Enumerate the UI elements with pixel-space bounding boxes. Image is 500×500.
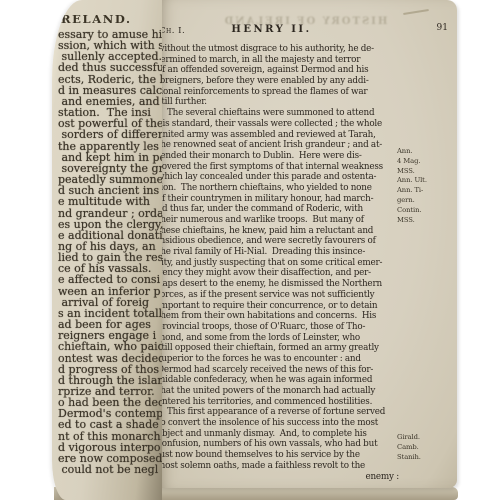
paragraph: This first appearance of a reverse of fo…: [157, 407, 399, 471]
page-body: without the utmost disgrace to his autho…: [157, 44, 399, 484]
margin-note-upper: Ann. 4 Mag. MSS. Ann. Ult. Ann. Ti- gern…: [397, 147, 455, 225]
left-page-text: essary to amuse his ssion, which with s …: [58, 29, 162, 487]
right-page: HISTORY OF IRELAND Ch. I. HENRY II. 91 w…: [150, 0, 457, 488]
page-number: 91: [437, 23, 448, 33]
page-crease: [403, 9, 429, 15]
running-title: HENRY II.: [150, 24, 393, 35]
paragraph: The several chieftains were summoned to …: [157, 108, 399, 407]
book-photo: RELAND. essary to amuse his ssion, which…: [0, 0, 500, 500]
paragraph: without the utmost disgrace to his autho…: [157, 44, 399, 108]
margin-note-lower: Girald. Camb. Stanih.: [397, 433, 455, 462]
left-page: RELAND. essary to amuse his ssion, which…: [52, 0, 162, 500]
catchword: enemy :: [157, 472, 399, 483]
left-page-running-header: RELAND.: [61, 12, 132, 26]
